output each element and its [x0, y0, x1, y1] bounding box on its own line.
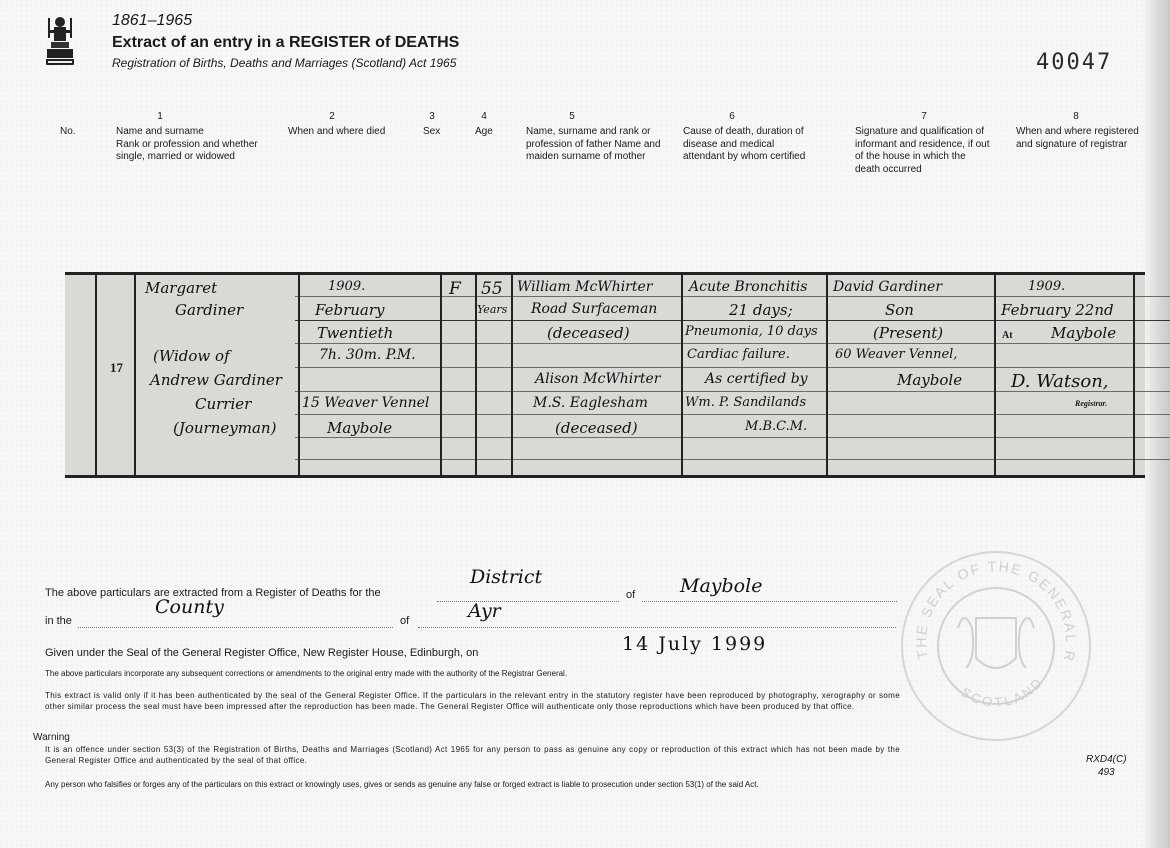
column-heading-informant: Signature and qualification of informant…: [855, 126, 990, 176]
spouse-occupation-detail: (Journeyman): [173, 419, 276, 437]
registration-date: February 22nd: [1001, 301, 1114, 319]
column-heading-no: No.: [60, 126, 76, 139]
column-heading-registration: When and where registered and signature …: [1016, 126, 1141, 151]
mother-status: (deceased): [555, 419, 638, 437]
marital-status: (Widow of: [153, 347, 230, 365]
death-place-town: Maybole: [327, 419, 392, 437]
svg-text:SCOTLAND: SCOTLAND: [958, 674, 1046, 710]
column-heading-name-label: Name and surname: [116, 126, 276, 139]
district-type-value: District: [470, 566, 542, 588]
serial-number: 40047: [1036, 50, 1112, 75]
form-code-id: RXD4(C): [1086, 753, 1127, 766]
certification-of-1: of: [626, 589, 635, 601]
county-name-value: Ayr: [468, 600, 501, 622]
registrar-caption: Registrar.: [1075, 399, 1107, 408]
mother-name: Alison McWhirter: [535, 371, 661, 387]
column-number-3: 3: [422, 111, 442, 122]
county-type-field-line: [78, 615, 393, 628]
form-code: RXD4(C) 493: [1086, 753, 1127, 779]
warning-title: Warning: [33, 732, 70, 743]
death-year: 1909.: [328, 279, 365, 294]
certifying-doctor: Wm. P. Sandilands: [685, 395, 806, 410]
svg-text:THE SEAL OF THE GENERAL REGIST: THE SEAL OF THE GENERAL REGISTER OFFICE: [898, 548, 1079, 664]
certification-line-3: Given under the Seal of the General Regi…: [45, 647, 478, 659]
informant-name: David Gardiner: [833, 279, 942, 295]
deceased-surname: Gardiner: [175, 301, 243, 319]
certification-of-2: of: [400, 615, 409, 627]
cause-primary: Acute Bronchitis: [689, 279, 807, 295]
scan-edge-shadow: [1142, 0, 1170, 848]
informant-address-town: Maybole: [897, 371, 962, 389]
sex-value: F: [449, 279, 461, 299]
father-status: (deceased): [547, 324, 630, 342]
entry-number: 17: [110, 360, 123, 376]
form-code-number: 493: [1086, 766, 1127, 779]
district-type-field-line: [437, 589, 619, 602]
father-occupation: Road Surfaceman: [531, 301, 657, 317]
registration-place: Maybole: [1051, 324, 1116, 342]
registration-year: 1909.: [1028, 279, 1065, 294]
document-title: Extract of an entry in a REGISTER of DEA…: [112, 34, 459, 52]
embossed-seal-icon: THE SEAL OF THE GENERAL REGISTER OFFICE …: [898, 548, 1094, 744]
column-heading-age: Age: [475, 126, 493, 139]
mother-maiden-surname: M.S. Eaglesham: [533, 395, 648, 411]
father-name: William McWhirter: [517, 279, 652, 295]
warning-forgery: Any person who falsifies or forges any o…: [45, 780, 900, 791]
cause-tertiary: Cardiac failure.: [687, 347, 790, 362]
death-day: Twentieth: [317, 324, 393, 342]
age-unit: Years: [477, 303, 507, 316]
date-range: 1861–1965: [112, 12, 192, 30]
warning-offence: It is an offence under section 53(3) of …: [45, 745, 900, 766]
register-entry: 17 Margaret Gardiner (Widow of Andrew Ga…: [65, 272, 1145, 478]
informant-address-street: 60 Weaver Vennel,: [835, 347, 957, 362]
doctor-qualification: M.B.C.M.: [745, 419, 807, 434]
column-number-4: 4: [474, 111, 494, 122]
column-number-5: 5: [562, 111, 582, 122]
column-heading-name: Name and surname Rank or profession and …: [116, 126, 276, 164]
cause-primary-duration: 21 days;: [729, 301, 793, 319]
column-heading-when-where-died: When and where died: [288, 126, 398, 139]
spouse-occupation: Currier: [195, 395, 251, 413]
column-heading-parents: Name, surname and rank or profession of …: [526, 126, 661, 164]
county-type-value: County: [155, 596, 224, 618]
informant-relation: Son: [885, 301, 914, 319]
column-heading-cause-of-death: Cause of death, duration of disease and …: [683, 126, 818, 164]
district-name-value: Maybole: [680, 575, 762, 597]
cause-secondary: Pneumonia, 10 days: [685, 324, 818, 339]
validity-note: This extract is valid only if it has bee…: [45, 691, 900, 712]
certified-by-label: As certified by: [705, 371, 808, 387]
spouse-name: Andrew Gardiner: [150, 371, 282, 389]
amendments-note: The above particulars incorporate any su…: [45, 669, 900, 680]
column-number-7: 7: [914, 111, 934, 122]
death-time: 7h. 30m. P.M.: [319, 347, 416, 363]
death-place-street: 15 Weaver Vennel: [302, 395, 429, 411]
registration-at-label: At: [1002, 330, 1013, 341]
column-number-6: 6: [722, 111, 742, 122]
column-heading-sex: Sex: [423, 126, 440, 139]
certification-line-2: in the: [45, 615, 72, 627]
informant-presence: (Present): [873, 324, 943, 342]
column-number-8: 8: [1066, 111, 1086, 122]
document-subtitle: Registration of Births, Deaths and Marri…: [112, 56, 456, 70]
death-month: February: [315, 301, 385, 319]
issue-date: 14 July 1999: [622, 633, 767, 655]
column-heading-name-sublabel: Rank or profession and whether single, m…: [116, 139, 276, 164]
registrar-signature: D. Watson,: [1011, 371, 1109, 392]
deceased-forename: Margaret: [145, 279, 217, 297]
column-number-1: 1: [150, 111, 170, 122]
column-number-2: 2: [322, 111, 342, 122]
age-value: 55: [481, 279, 503, 299]
royal-arms-crest-icon: [42, 12, 78, 68]
